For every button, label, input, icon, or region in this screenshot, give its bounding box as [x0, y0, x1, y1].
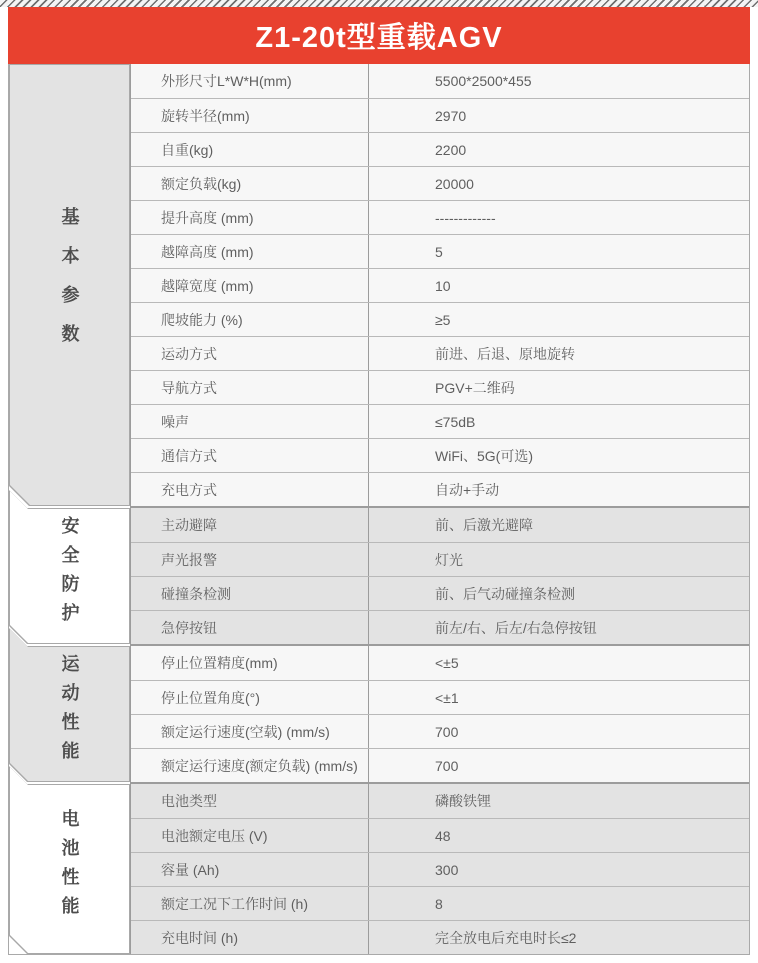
spec-row: 通信方式WiFi、5G(可选): [131, 438, 749, 472]
spec-label: 电池类型: [131, 784, 368, 818]
spec-row: 额定运行速度(空载) (mm/s)700: [131, 714, 749, 748]
page-title: Z1-20t型重载AGV: [255, 15, 502, 56]
spec-label: 充电方式: [131, 473, 368, 506]
spec-value: PGV+二维码: [368, 371, 749, 404]
category-block-motion: 运动性能: [9, 628, 130, 782]
spec-value: <±5: [368, 646, 749, 680]
spec-label: 噪声: [131, 405, 368, 438]
spec-label: 提升高度 (mm): [131, 201, 368, 234]
spec-row: 电池类型磷酸铁锂: [131, 784, 749, 818]
spec-label: 容量 (Ah): [131, 853, 368, 886]
spec-label: 额定运行速度(空载) (mm/s): [131, 715, 368, 748]
spec-value: 2970: [368, 99, 749, 132]
spec-label: 额定负载(kg): [131, 167, 368, 200]
spec-value: 20000: [368, 167, 749, 200]
category-label: 电池性能: [61, 809, 79, 925]
spec-label: 运动方式: [131, 337, 368, 370]
spec-label: 通信方式: [131, 439, 368, 472]
spec-label: 旋转半径(mm): [131, 99, 368, 132]
spec-row: 旋转半径(mm)2970: [131, 98, 749, 132]
spec-label: 碰撞条检测: [131, 577, 368, 610]
category-block-safety: 安全防护: [9, 490, 130, 644]
spec-row: 声光报警灯光: [131, 542, 749, 576]
spec-value: 700: [368, 715, 749, 748]
spec-label: 外形尺寸L*W*H(mm): [131, 64, 368, 98]
spec-row: 充电时间 (h)完全放电后充电时长≤2: [131, 920, 749, 954]
section-basic-params: 外形尺寸L*W*H(mm)5500*2500*455 旋转半径(mm)2970 …: [131, 64, 749, 506]
spec-value: 灯光: [368, 543, 749, 576]
spec-label: 声光报警: [131, 543, 368, 576]
spec-value: 300: [368, 853, 749, 886]
spec-value: 2200: [368, 133, 749, 166]
spec-value: <±1: [368, 681, 749, 714]
spec-row: 容量 (Ah)300: [131, 852, 749, 886]
hazard-stripe-border: [0, 0, 758, 7]
spec-label: 导航方式: [131, 371, 368, 404]
category-block-battery: 电池性能: [9, 766, 130, 954]
spec-value: 700: [368, 749, 749, 782]
spec-row: 噪声≤75dB: [131, 404, 749, 438]
spec-label: 越障宽度 (mm): [131, 269, 368, 302]
spec-label: 爬坡能力 (%): [131, 303, 368, 336]
spec-row: 提升高度 (mm)-------------: [131, 200, 749, 234]
category-label: 基本参数: [61, 207, 79, 363]
spec-label: 充电时间 (h): [131, 921, 368, 954]
spec-row: 越障高度 (mm)5: [131, 234, 749, 268]
spec-value: 前左/右、后左/右急停按钮: [368, 611, 749, 644]
spec-row: 额定工况下工作时间 (h)8: [131, 886, 749, 920]
category-block-basic: 基本参数: [9, 64, 130, 506]
spec-label: 主动避障: [131, 508, 368, 542]
spec-value: 5500*2500*455: [368, 64, 749, 98]
spec-row: 额定负载(kg)20000: [131, 166, 749, 200]
spec-row: 自重(kg)2200: [131, 132, 749, 166]
spec-label: 自重(kg): [131, 133, 368, 166]
spec-value: WiFi、5G(可选): [368, 439, 749, 472]
spec-row: 额定运行速度(额定负载) (mm/s)700: [131, 748, 749, 782]
spec-row: 碰撞条检测前、后气动碰撞条检测: [131, 576, 749, 610]
spec-value: 磷酸铁锂: [368, 784, 749, 818]
spec-row: 充电方式自动+手动: [131, 472, 749, 506]
category-sidebar: 基本参数 安全防护 运动性能 电池性能: [9, 64, 131, 954]
spec-row: 停止位置精度(mm)<±5: [131, 646, 749, 680]
spec-row: 越障宽度 (mm)10: [131, 268, 749, 302]
spec-label: 电池额定电压 (V): [131, 819, 368, 852]
spec-label: 额定运行速度(额定负载) (mm/s): [131, 749, 368, 782]
spec-label: 越障高度 (mm): [131, 235, 368, 268]
spec-label: 急停按钮: [131, 611, 368, 644]
spec-row: 爬坡能力 (%)≥5: [131, 302, 749, 336]
spec-value: 自动+手动: [368, 473, 749, 506]
spec-row: 主动避障前、后激光避障: [131, 508, 749, 542]
spec-value: 10: [368, 269, 749, 302]
spec-row: 电池额定电压 (V)48: [131, 818, 749, 852]
table-title-bar: Z1-20t型重载AGV: [8, 7, 750, 64]
spec-row: 导航方式PGV+二维码: [131, 370, 749, 404]
spec-value: 前进、后退、原地旋转: [368, 337, 749, 370]
category-label: 安全防护: [61, 516, 79, 632]
spec-label: 停止位置角度(°): [131, 681, 368, 714]
spec-rows: 外形尺寸L*W*H(mm)5500*2500*455 旋转半径(mm)2970 …: [131, 64, 749, 954]
spec-value: -------------: [368, 201, 749, 234]
spec-row: 急停按钮前左/右、后左/右急停按钮: [131, 610, 749, 644]
spec-table: 基本参数 安全防护 运动性能 电池性能 外形尺寸L*W*H(m: [8, 64, 750, 955]
spec-value: 前、后气动碰撞条检测: [368, 577, 749, 610]
spec-label: 额定工况下工作时间 (h): [131, 887, 368, 920]
spec-value: 前、后激光避障: [368, 508, 749, 542]
spec-value: 48: [368, 819, 749, 852]
spec-value: 8: [368, 887, 749, 920]
spec-row: 外形尺寸L*W*H(mm)5500*2500*455: [131, 64, 749, 98]
spec-label: 停止位置精度(mm): [131, 646, 368, 680]
spec-value: ≥5: [368, 303, 749, 336]
spec-value: 完全放电后充电时长≤2: [368, 921, 749, 954]
spec-sheet-page: Z1-20t型重载AGV 基本参数 安全防护 运动性能 电池性能: [0, 0, 758, 963]
section-motion: 停止位置精度(mm)<±5 停止位置角度(°)<±1 额定运行速度(空载) (m…: [131, 644, 749, 782]
section-safety: 主动避障前、后激光避障 声光报警灯光 碰撞条检测前、后气动碰撞条检测 急停按钮前…: [131, 506, 749, 644]
spec-row: 停止位置角度(°)<±1: [131, 680, 749, 714]
section-battery: 电池类型磷酸铁锂 电池额定电压 (V)48 容量 (Ah)300 额定工况下工作…: [131, 782, 749, 954]
category-label: 运动性能: [61, 654, 79, 770]
spec-value: 5: [368, 235, 749, 268]
spec-value: ≤75dB: [368, 405, 749, 438]
spec-row: 运动方式前进、后退、原地旋转: [131, 336, 749, 370]
